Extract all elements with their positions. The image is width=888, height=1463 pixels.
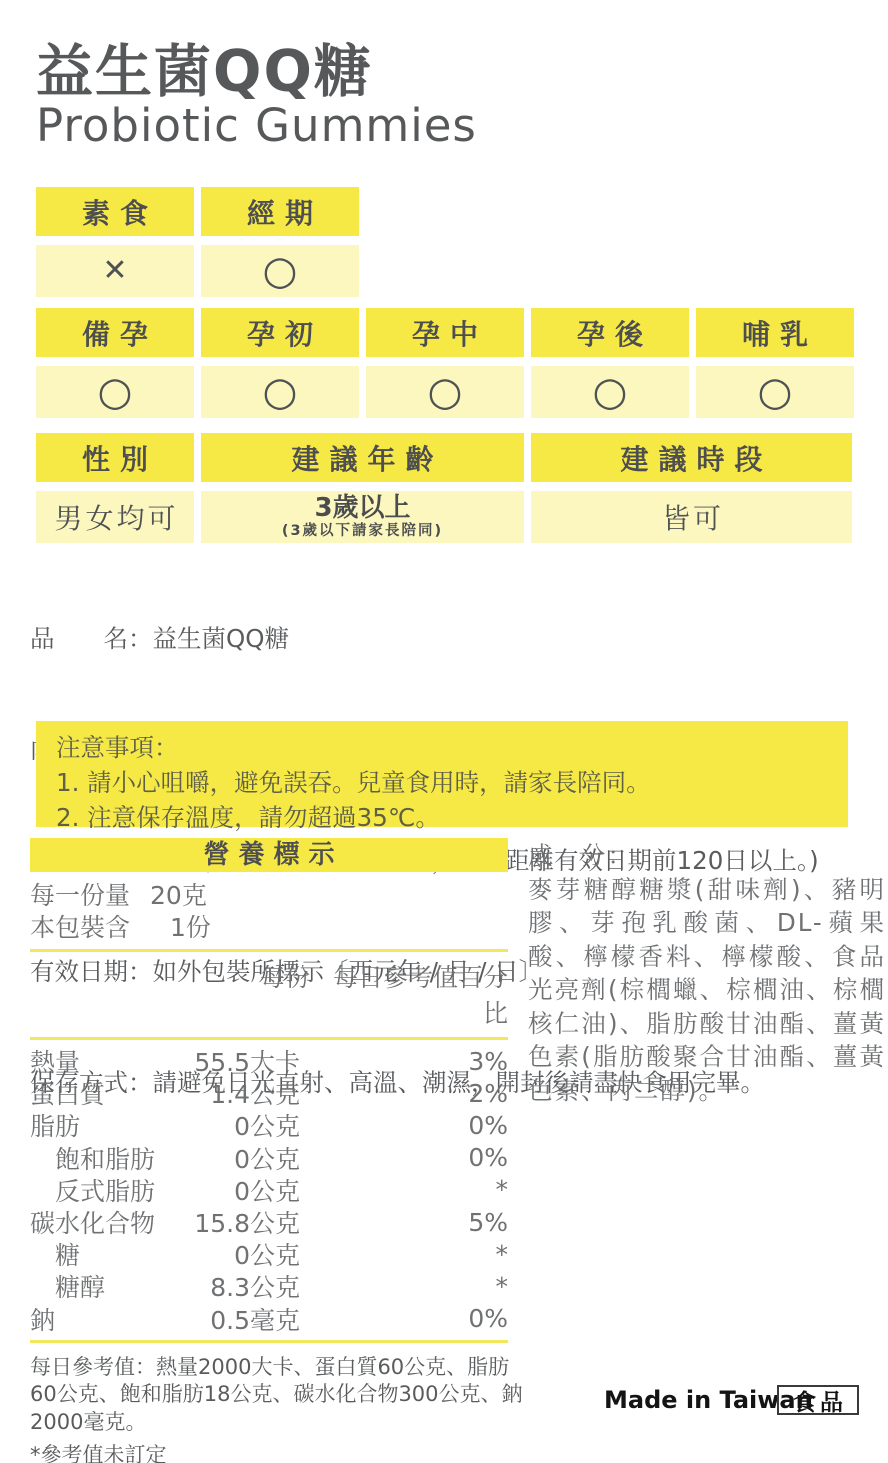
- column-header: 建議年齡: [201, 433, 524, 482]
- nutrition-facts: 營養標示 每一份量20克 本包裝含1份 每份 每日參考值百分比 熱量 55.5大…: [30, 838, 508, 1463]
- nutrient-daily-value: 3%: [300, 1047, 508, 1076]
- table-row: 脂肪 0公克 0%: [30, 1109, 508, 1141]
- servings-value: 1份: [170, 913, 211, 942]
- nutrient-daily-value: 0%: [300, 1143, 508, 1172]
- column-value-x-mark: ✕: [36, 245, 194, 297]
- diet-cycle-table: 素食 ✕ 經期 ○: [36, 187, 359, 297]
- table-row: 蛋白質 1.4公克 2%: [30, 1077, 508, 1109]
- table-row: 反式脂肪 0公克 *: [30, 1174, 508, 1206]
- table-column-period: 經期 ○: [201, 187, 359, 297]
- nutrient-daily-value: 5%: [300, 1208, 508, 1237]
- column-header: 孕中: [366, 308, 524, 357]
- table-column-preconception: 備孕 ○: [36, 308, 194, 418]
- nutrient-name: 蛋白質: [30, 1075, 192, 1111]
- serving-size-label: 每一份量: [30, 881, 130, 910]
- table-row: 糖醇 8.3公克 *: [30, 1270, 508, 1302]
- nutrient-amount: 0公克: [192, 1140, 300, 1176]
- table-column-vegetarian: 素食 ✕: [36, 187, 194, 297]
- table-column-gender: 性別 男女均可: [36, 433, 194, 543]
- column-value-circle-mark: ○: [36, 366, 194, 418]
- notice-item-2: 2. 注意保存溫度，請勿超過35℃。: [56, 800, 848, 835]
- nutrient-amount: 0公克: [192, 1172, 300, 1208]
- nutrient-daily-value: *: [300, 1272, 508, 1301]
- nutrition-column-headers: 每份 每日參考值百分比: [30, 952, 508, 1037]
- asterisk-footnote: *參考值未訂定: [30, 1439, 508, 1463]
- column-header: 孕初: [201, 308, 359, 357]
- notice-item-1: 1. 請小心咀嚼，避免誤吞。兒童食用時，請家長陪同。: [56, 765, 848, 800]
- product-name-line: 品 名：益生菌QQ糖: [30, 620, 860, 657]
- nutrient-amount: 8.3公克: [192, 1268, 300, 1304]
- nutrient-daily-value: *: [300, 1175, 508, 1204]
- divider: [30, 1340, 508, 1343]
- age-value: 3歲以上 (3歲以下請家長陪同): [201, 491, 524, 543]
- nutrient-amount: 0公克: [192, 1107, 300, 1143]
- column-header: 性別: [36, 433, 194, 482]
- column-header: 經期: [201, 187, 359, 236]
- table-column-recommended-age: 建議年齡 3歲以上 (3歲以下請家長陪同): [201, 433, 524, 543]
- column-value-circle-mark: ○: [201, 366, 359, 418]
- servings-row: 本包裝含1份: [30, 912, 508, 944]
- servings-label: 本包裝含: [30, 913, 130, 942]
- nutrient-amount: 15.8公克: [192, 1204, 300, 1240]
- nutrient-amount: 1.4公克: [192, 1075, 300, 1111]
- food-category-badge: 食品: [777, 1385, 859, 1415]
- column-value-circle-mark: ○: [531, 366, 689, 418]
- column-value-circle-mark: ○: [366, 366, 524, 418]
- nutrient-name: 鈉: [30, 1301, 192, 1337]
- column-header: 素食: [36, 187, 194, 236]
- nutrient-amount: 0公克: [192, 1236, 300, 1272]
- column-header: 備孕: [36, 308, 194, 357]
- ingredients-title: 成 分：: [528, 839, 886, 873]
- nutrient-daily-value: 0%: [300, 1304, 508, 1333]
- column-header: 孕後: [531, 308, 689, 357]
- daily-value-footnote: 每日參考值：熱量2000大卡、蛋白質60公克、脂肪60公克、飽和脂肪18公克、碳…: [30, 1354, 535, 1437]
- nutrient-amount: 0.5毫克: [192, 1301, 300, 1337]
- nutrient-daily-value: 2%: [300, 1079, 508, 1108]
- nutrient-name: 碳水化合物: [30, 1204, 192, 1240]
- table-column-early-pregnancy: 孕初 ○: [201, 308, 359, 418]
- nutrient-name: 脂肪: [30, 1107, 192, 1143]
- time-value: 皆可: [531, 491, 852, 543]
- daily-value-header: 每日參考值百分比: [310, 958, 508, 1030]
- notice-box: 注意事項： 1. 請小心咀嚼，避免誤吞。兒童食用時，請家長陪同。 2. 注意保存…: [36, 721, 848, 827]
- table-row: 飽和脂肪 0公克 0%: [30, 1142, 508, 1174]
- nutrient-name: 熱量: [30, 1043, 192, 1079]
- nutrient-daily-value: *: [300, 1240, 508, 1269]
- age-sub-text: (3歲以下請家長陪同): [282, 524, 443, 539]
- nutrient-name: 飽和脂肪: [30, 1140, 192, 1176]
- audience-table: 性別 男女均可 建議年齡 3歲以上 (3歲以下請家長陪同) 建議時段 皆可: [36, 433, 852, 543]
- nutrition-rows: 熱量 55.5大卡 3% 蛋白質 1.4公克 2% 脂肪 0公克 0% 飽和脂肪…: [30, 1040, 508, 1335]
- column-value-circle-mark: ○: [696, 366, 854, 418]
- age-main-text: 3歲以上: [314, 495, 410, 521]
- nutrient-name: 糖醇: [30, 1268, 192, 1304]
- table-row: 糖 0公克 *: [30, 1238, 508, 1270]
- pregnancy-table: 備孕 ○ 孕初 ○ 孕中 ○ 孕後 ○ 哺乳 ○: [36, 308, 854, 418]
- page-title-en: Probiotic Gummies: [36, 99, 477, 152]
- nutrition-title-bar: 營養標示: [30, 838, 508, 872]
- serving-size-row: 每一份量20克: [30, 880, 508, 912]
- table-column-recommended-time: 建議時段 皆可: [531, 433, 852, 543]
- column-header: 建議時段: [531, 433, 852, 482]
- page-title-zh: 益生菌QQ糖: [36, 26, 373, 108]
- per-serving-header: 每份: [30, 958, 310, 1030]
- column-header: 哺乳: [696, 308, 854, 357]
- table-column-breastfeeding: 哺乳 ○: [696, 308, 854, 418]
- table-row: 碳水化合物 15.8公克 5%: [30, 1206, 508, 1238]
- notice-title: 注意事項：: [56, 730, 848, 765]
- ingredients-block: 成 分： 麥芽糖醇糖漿(甜味劑)、豬明膠、芽孢乳酸菌、DL-蘋果酸、檸檬香料、檸…: [528, 839, 886, 1107]
- table-column-postpartum: 孕後 ○: [531, 308, 689, 418]
- gender-value: 男女均可: [36, 491, 194, 543]
- table-row: 熱量 55.5大卡 3%: [30, 1045, 508, 1077]
- nutrient-name: 反式脂肪: [30, 1172, 192, 1208]
- serving-size-value: 20克: [150, 881, 207, 910]
- nutrient-daily-value: 0%: [300, 1111, 508, 1140]
- nutrient-name: 糖: [30, 1236, 192, 1272]
- product-label-page: 益生菌QQ糖 Probiotic Gummies 素食 ✕ 經期 ○ 備孕 ○ …: [0, 0, 888, 1463]
- ingredients-text: 麥芽糖醇糖漿(甜味劑)、豬明膠、芽孢乳酸菌、DL-蘋果酸、檸檬香料、檸檬酸、食品…: [528, 873, 886, 1108]
- table-row: 鈉 0.5毫克 0%: [30, 1303, 508, 1335]
- nutrient-amount: 55.5大卡: [192, 1043, 300, 1079]
- column-value-circle-mark: ○: [201, 245, 359, 297]
- table-column-mid-pregnancy: 孕中 ○: [366, 308, 524, 418]
